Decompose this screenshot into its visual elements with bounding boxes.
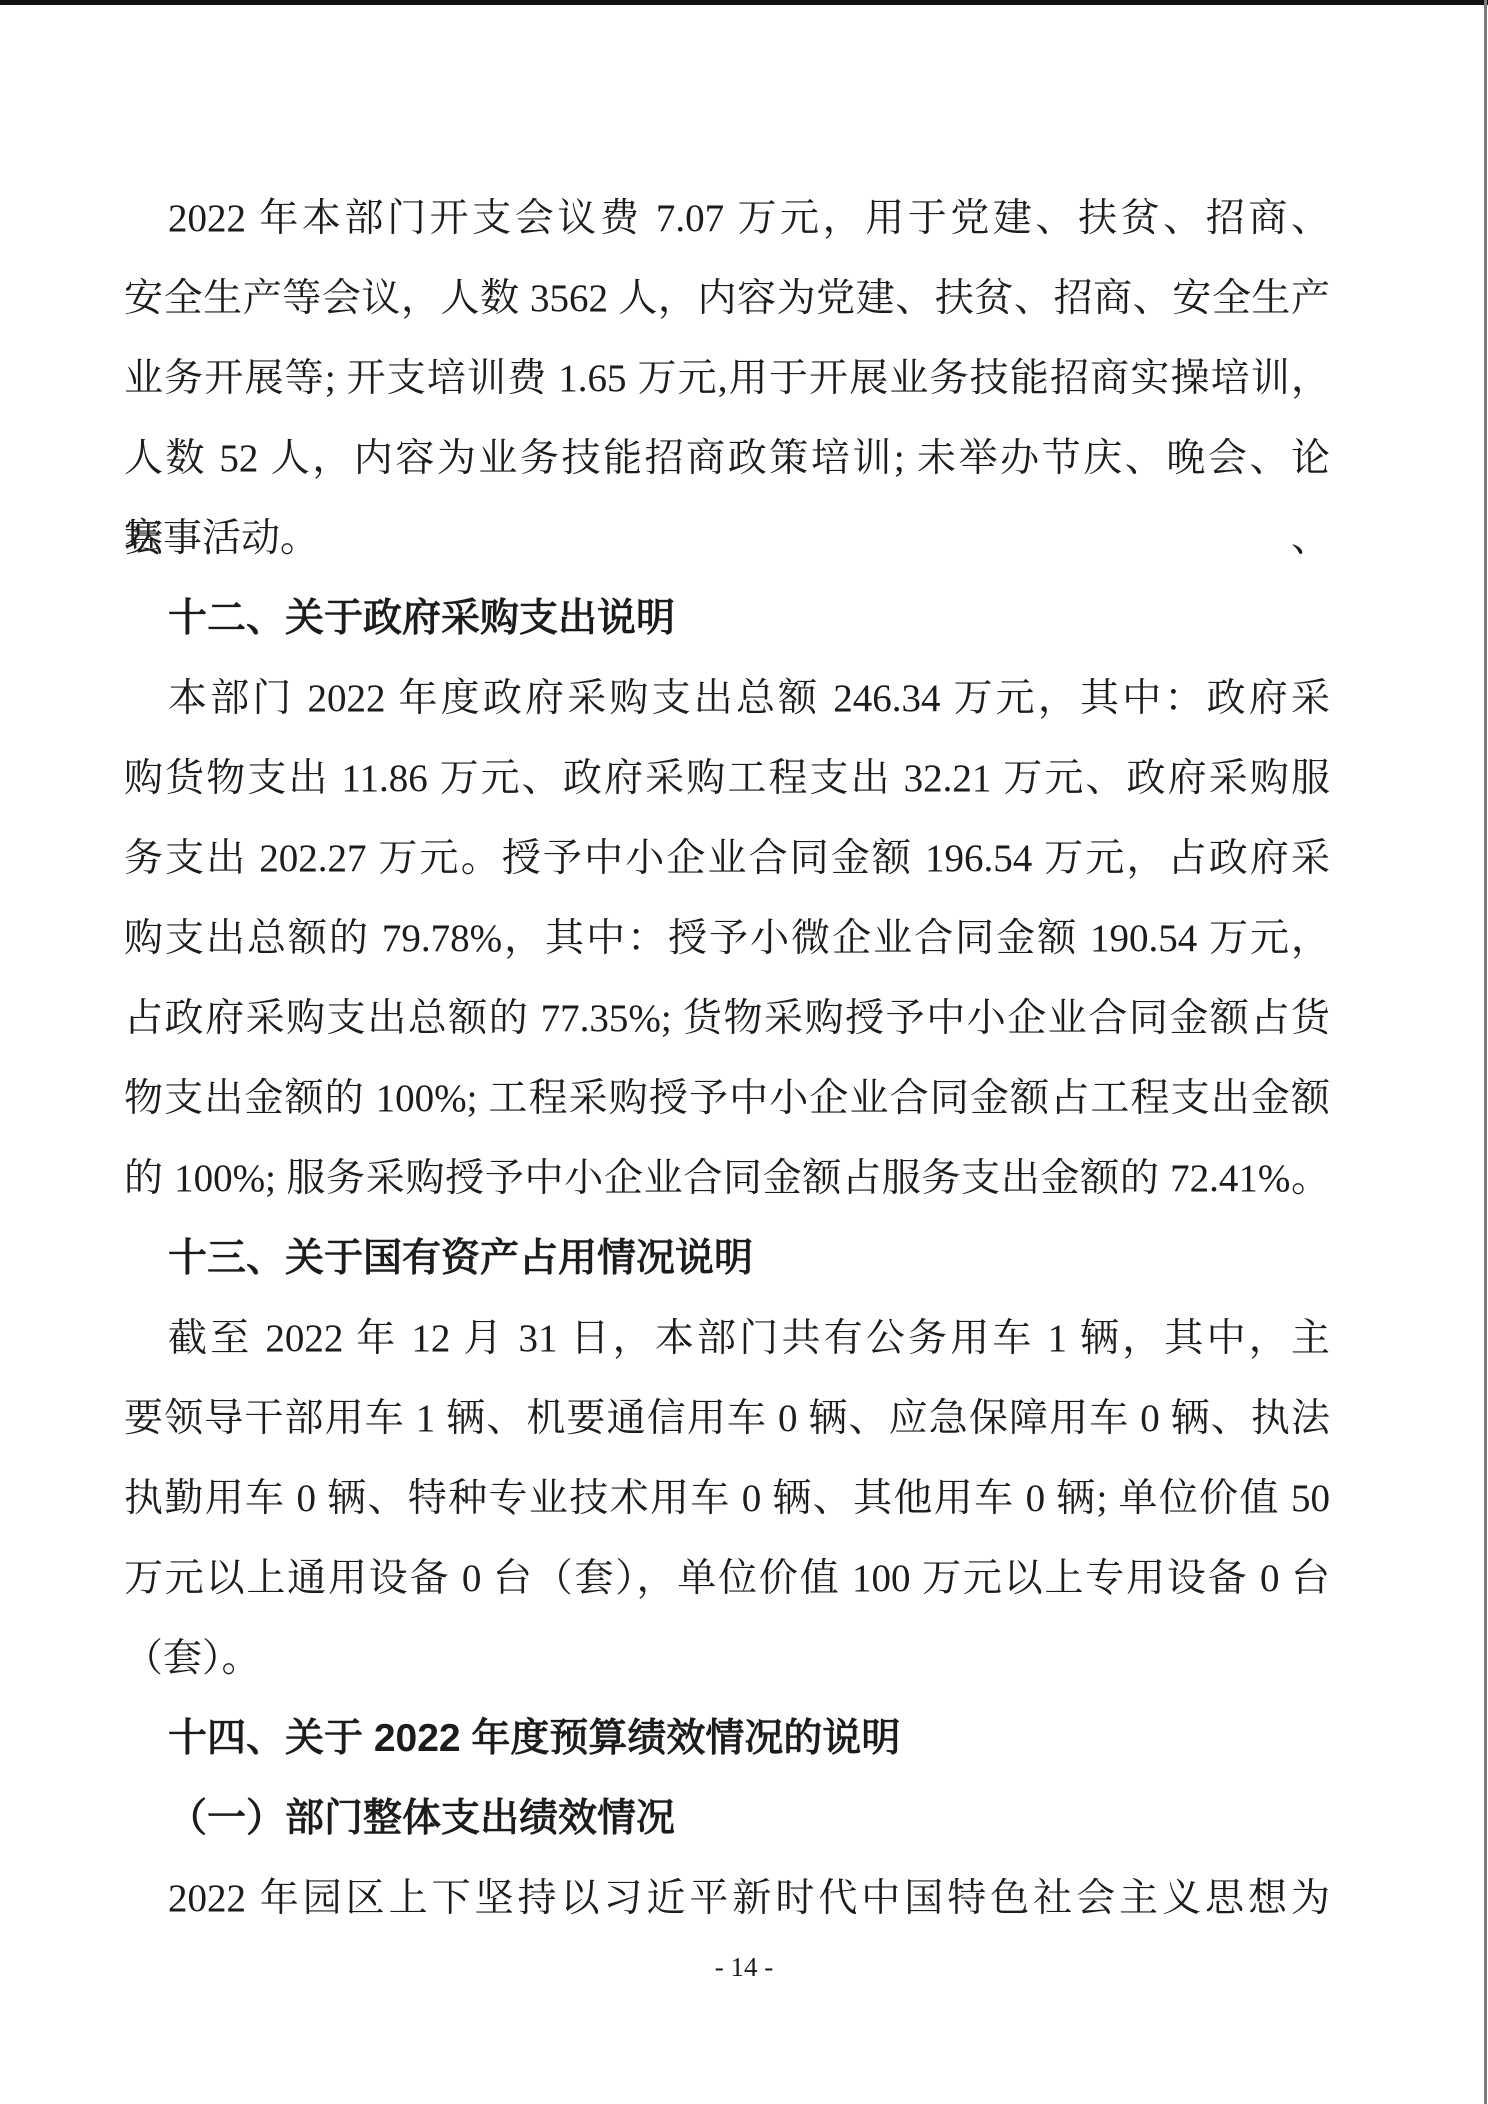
text-line: 业务开展等; 开支培训费 1.65 万元,用于开展业务技能招商实操培训，: [124, 339, 1330, 419]
text-line: 2022 年本部门开支会议费 7.07 万元，用于党建、扶贫、招商、: [124, 179, 1330, 259]
section-heading: （一）部门整体支出绩效情况: [124, 1779, 1330, 1859]
text-line: （套）。: [124, 1619, 1330, 1699]
text-line: 安全生产等会议，人数 3562 人，内容为党建、扶贫、招商、安全生产: [124, 259, 1330, 339]
section-heading: 十二、关于政府采购支出说明: [124, 579, 1330, 659]
page-number: - 14 -: [0, 1949, 1488, 1985]
section-heading: 十四、关于 2022 年度预算绩效情况的说明: [124, 1699, 1330, 1779]
text-line: 务支出 202.27 万元。授予中小企业合同金额 196.54 万元，占政府采: [124, 819, 1330, 899]
text-line: 人数 52 人，内容为业务技能招商政策培训; 未举办节庆、晚会、论坛、: [124, 419, 1330, 499]
text-line: 2022 年园区上下坚持以习近平新时代中国特色社会主义思想为: [124, 1859, 1330, 1939]
scan-top-edge-artifact: [0, 0, 1488, 5]
text-line: 的 100%; 服务采购授予中小企业合同金额占服务支出金额的 72.41%。: [124, 1139, 1330, 1219]
text-line: 要领导干部用车 1 辆、机要通信用车 0 辆、应急保障用车 0 辆、执法: [124, 1379, 1330, 1459]
text-line: 购支出总额的 79.78%，其中：授予小微企业合同金额 190.54 万元，: [124, 899, 1330, 979]
text-line: 本部门 2022 年度政府采购支出总额 246.34 万元，其中：政府采: [124, 659, 1330, 739]
scan-right-edge-artifact: [1484, 0, 1487, 2104]
document-text-block: 2022 年本部门开支会议费 7.07 万元，用于党建、扶贫、招商、安全生产等会…: [124, 179, 1330, 1939]
text-line: 截至 2022 年 12 月 31 日，本部门共有公务用车 1 辆，其中，主: [124, 1299, 1330, 1379]
text-line: 购货物支出 11.86 万元、政府采购工程支出 32.21 万元、政府采购服: [124, 739, 1330, 819]
text-line: 物支出金额的 100%; 工程采购授予中小企业合同金额占工程支出金额: [124, 1059, 1330, 1139]
section-heading: 十三、关于国有资产占用情况说明: [124, 1219, 1330, 1299]
text-line: 万元以上通用设备 0 台（套），单位价值 100 万元以上专用设备 0 台: [124, 1539, 1330, 1619]
text-line: 执勤用车 0 辆、特种专业技术用车 0 辆、其他用车 0 辆; 单位价值 50: [124, 1459, 1330, 1539]
scanned-document-page: { "colors": { "ink": "#1c1c1c", "paper":…: [0, 0, 1488, 2104]
text-line: 占政府采购支出总额的 77.35%; 货物采购授予中小企业合同金额占货: [124, 979, 1330, 1059]
